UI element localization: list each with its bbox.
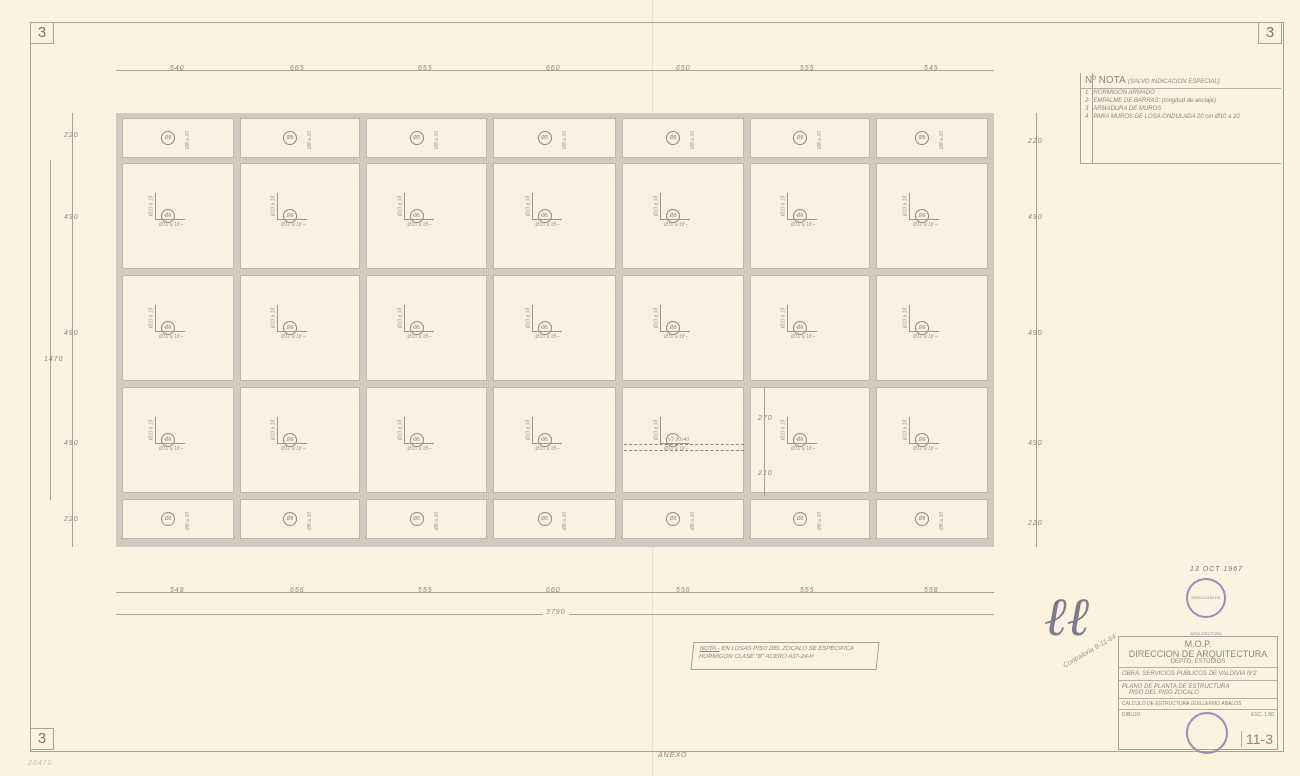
- rebar-horizontal-label: Ø10 a 18 ⌐: [664, 334, 689, 340]
- title-project: OBRA: SERVICIOS PUBLICOS DE VALDIVIA Nº2: [1119, 668, 1277, 681]
- slab-marker-icon: Ø8: [283, 512, 297, 526]
- slab-marker-icon: Ø8: [793, 209, 807, 223]
- rebar-vertical-label: Ø10 a 18: [270, 196, 276, 217]
- slab-marker-icon: Ø8: [793, 131, 807, 145]
- slab-panel: Ø8Ø10 a 18Ø10 a 18 ⌐: [622, 163, 744, 269]
- rebar-horizontal-label: Ø10 a 18 ⌐: [408, 222, 433, 228]
- rebar-vertical-line: [155, 305, 156, 331]
- top-dim-3: 655: [418, 65, 433, 72]
- rebar-vertical-line: [277, 417, 278, 443]
- rebar-vertical-label: Ø10 a 18: [148, 196, 154, 217]
- rebar-horizontal-line: [404, 331, 434, 332]
- slab-panel: Ø8Ø10 a 18Ø10 a 18 ⌐: [493, 275, 616, 381]
- rebar-vertical-label: Ø10 a 18: [780, 196, 786, 217]
- bottom-center-mark: ANEXO: [658, 752, 688, 759]
- slab-panel: Ø8Ø8 a 20: [366, 499, 487, 539]
- rebar-horizontal-label: Ø10 a 18 ⌐: [791, 222, 816, 228]
- rebar-vertical-label: Ø10 a 18: [270, 420, 276, 441]
- left-dim-4: 490: [64, 440, 79, 447]
- nota-header-title: NOTA: [1099, 75, 1125, 86]
- right-dim-1: 220: [1028, 138, 1043, 145]
- slab-marker-icon: Ø8: [283, 131, 297, 145]
- nota-row: 1 HORMIGON ARMADO: [1081, 89, 1281, 97]
- nota-row: 3 ARMADURA DE MUROS: [1081, 105, 1281, 113]
- rebar-horizontal-line: [532, 443, 562, 444]
- slab-panel: Ø8Ø8 a 20: [622, 118, 744, 158]
- bottom-left-mark: 20470: [28, 760, 52, 767]
- corner-label-top-right: 3: [1258, 22, 1282, 44]
- slab-panel: Ø8Ø10 a 18Ø10 a 18 ⌐: [240, 275, 360, 381]
- rebar-vertical-label: Ø10 a 18: [653, 308, 659, 329]
- bottom-dim-5: 556: [676, 587, 691, 594]
- right-dim-5: 220: [1028, 520, 1043, 527]
- nota-row-no: 1: [1085, 90, 1088, 96]
- rebar-vertical-line: [404, 193, 405, 219]
- nota-row-text: HORMIGON ARMADO: [1093, 90, 1154, 96]
- bottom-dim-3: 555: [418, 587, 433, 594]
- slab-panel: Ø8Ø10 a 18Ø10 a 18 ⌐: [493, 387, 616, 493]
- edge-rebar-label: Ø8 a 20: [690, 131, 696, 149]
- rebar-vertical-line: [404, 305, 405, 331]
- edge-rebar-label: Ø8 a 20: [433, 131, 439, 149]
- title-org: M.O.P.: [1119, 639, 1277, 649]
- slab-panel: Ø8Ø10 a 18Ø10 a 18 ⌐: [750, 275, 870, 381]
- slab-panel: Ø8Ø8 a 20: [240, 118, 360, 158]
- special-beam-label: V2 20x40: [668, 437, 689, 443]
- title-scale: ESC. 1:50: [1251, 712, 1274, 718]
- rebar-vertical-label: Ø10 a 18: [525, 196, 531, 217]
- nota-row: 4 PARA MUROS DE LOSA ONDULADA 20 cm Ø10 …: [1081, 113, 1281, 121]
- rebar-vertical-line: [155, 193, 156, 219]
- rebar-horizontal-line: [660, 331, 690, 332]
- rebar-horizontal-line: [277, 219, 307, 220]
- rebar-vertical-line: [277, 305, 278, 331]
- rebar-horizontal-line: [155, 443, 185, 444]
- slab-panel: Ø8Ø8 a 20: [876, 499, 988, 539]
- top-dim-4: 660: [546, 65, 561, 72]
- rebar-vertical-label: Ø10 a 18: [653, 420, 659, 441]
- edge-rebar-label: Ø8 a 20: [939, 131, 945, 149]
- slab-marker-icon: Ø8: [666, 131, 680, 145]
- bottom-dim-4: 660: [546, 587, 561, 594]
- rebar-horizontal-line: [787, 443, 817, 444]
- edge-rebar-label: Ø8 a 20: [185, 512, 191, 530]
- nota-header-no: Nº: [1085, 75, 1096, 86]
- rebar-horizontal-line: [532, 331, 562, 332]
- edge-rebar-label: Ø8 a 20: [817, 131, 823, 149]
- title-department: DIRECCION DE ARQUITECTURA: [1119, 649, 1277, 659]
- rebar-horizontal-line: [909, 331, 939, 332]
- top-dim-7: 545: [924, 65, 939, 72]
- right-dim-3: 490: [1028, 330, 1043, 337]
- rebar-horizontal-label: Ø10 a 18 ⌐: [281, 222, 306, 228]
- total-height: 1470: [44, 356, 64, 363]
- slab-panel: Ø8Ø10 a 18Ø10 a 18 ⌐: [622, 275, 744, 381]
- slab-panel: Ø8Ø10 a 18Ø10 a 18 ⌐: [493, 163, 616, 269]
- beam-dashed-line-top: [624, 444, 744, 446]
- sheet-number: 11-3: [1241, 731, 1273, 747]
- corner-label-bottom-left: 3: [30, 728, 54, 750]
- edge-rebar-label: Ø8 a 20: [185, 131, 191, 149]
- slab-marker-icon: Ø8: [793, 321, 807, 335]
- rebar-horizontal-line: [404, 219, 434, 220]
- total-width: 3790: [543, 609, 569, 616]
- slab-marker-icon: Ø8: [161, 131, 175, 145]
- slab-panel: Ø8Ø10 a 18Ø10 a 18 ⌐: [240, 387, 360, 493]
- note-box: NOTA.- EN LOSAS PISO DEL ZOCALO SE ESPEC…: [691, 642, 880, 670]
- slab-panel: Ø8Ø10 a 18Ø10 a 18 ⌐: [240, 163, 360, 269]
- rebar-vertical-label: Ø10 a 18: [902, 196, 908, 217]
- nota-table: Nº NOTA (SALVO INDICACION ESPECIAL) 1 HO…: [1080, 73, 1281, 164]
- slab-marker-icon: Ø8: [283, 209, 297, 223]
- slab-marker-icon: Ø8: [538, 209, 552, 223]
- bottom-dim-6: 555: [800, 587, 815, 594]
- rebar-horizontal-label: Ø10 a 18 ⌐: [408, 334, 433, 340]
- rebar-horizontal-line: [909, 219, 939, 220]
- rebar-vertical-line: [787, 417, 788, 443]
- slab-marker-icon: Ø8: [410, 209, 424, 223]
- slab-panel: Ø8Ø8 a 20: [750, 118, 870, 158]
- slab-marker-icon: Ø8: [161, 321, 175, 335]
- nota-row-text: PARA MUROS DE LOSA ONDULADA 20 cm Ø10 a …: [1093, 114, 1239, 120]
- round-stamp: DIRECCION DE ARQUITECTURA: [1186, 578, 1226, 618]
- title-plan: PLANO DE PLANTA DE ESTRUCTURA: [1119, 681, 1277, 690]
- date-stamp: 13 OCT 1967: [1190, 566, 1243, 573]
- slab-panel: Ø8Ø10 a 18Ø10 a 18 ⌐: [750, 163, 870, 269]
- bottom-dim-7: 558: [924, 587, 939, 594]
- top-dim-2: 665: [290, 65, 305, 72]
- rebar-horizontal-label: Ø10 a 18 ⌐: [664, 222, 689, 228]
- rebar-horizontal-line: [155, 219, 185, 220]
- rebar-horizontal-label: Ø10 a 18 ⌐: [913, 222, 938, 228]
- rebar-vertical-line: [787, 193, 788, 219]
- note-box-text: EN LOSAS PISO DEL ZOCALO SE ESPECIFICA H…: [699, 646, 854, 660]
- rebar-vertical-line: [787, 305, 788, 331]
- slab-marker-icon: Ø8: [915, 131, 929, 145]
- slab-marker-icon: Ø8: [666, 512, 680, 526]
- nota-row-text: ARMADURA DE MUROS: [1093, 106, 1161, 112]
- rebar-vertical-line: [532, 193, 533, 219]
- rebar-horizontal-label: Ø10 a 18 ⌐: [913, 446, 938, 452]
- left-dim-3: 490: [64, 330, 79, 337]
- nota-header: Nº NOTA (SALVO INDICACION ESPECIAL): [1081, 73, 1281, 89]
- rebar-horizontal-label: Ø10 a 18 ⌐: [281, 446, 306, 452]
- slab-panel: Ø8Ø10 a 18Ø10 a 18 ⌐: [750, 387, 870, 493]
- nota-row-no: 4: [1085, 114, 1088, 120]
- slab-panel: Ø8Ø8 a 20: [622, 499, 744, 539]
- edge-rebar-label: Ø8 a 20: [939, 512, 945, 530]
- rebar-vertical-line: [660, 305, 661, 331]
- slab-marker-icon: Ø8: [538, 131, 552, 145]
- edge-rebar-label: Ø8 a 20: [690, 512, 696, 530]
- slab-marker-icon: Ø8: [283, 321, 297, 335]
- title-round-stamp: [1186, 712, 1228, 754]
- right-dim-2: 490: [1028, 214, 1043, 221]
- slab-marker-icon: Ø8: [793, 512, 807, 526]
- rebar-vertical-line: [277, 193, 278, 219]
- structural-grid: Ø8Ø8 a 20Ø8Ø8 a 20Ø8Ø8 a 20Ø8Ø8 a 20Ø8Ø8…: [116, 113, 994, 547]
- rebar-vertical-label: Ø10 a 18: [780, 420, 786, 441]
- slab-panel: Ø8Ø10 a 18Ø10 a 18 ⌐: [122, 387, 234, 493]
- slab-marker-icon: Ø8: [538, 433, 552, 447]
- rebar-horizontal-label: Ø10 a 18 ⌐: [536, 222, 561, 228]
- nota-row: 2 EMPALME DE BARRAS: (longitud de anclaj…: [1081, 97, 1281, 105]
- rebar-vertical-line: [909, 417, 910, 443]
- rebar-horizontal-line: [404, 443, 434, 444]
- slab-marker-icon: Ø8: [410, 131, 424, 145]
- rebar-vertical-label: Ø10 a 18: [397, 308, 403, 329]
- title-dibujo-label: DIBUJO: [1122, 712, 1140, 718]
- rebar-vertical-label: Ø10 a 18: [397, 420, 403, 441]
- nota-row-no: 2: [1085, 98, 1088, 104]
- rebar-horizontal-line: [532, 219, 562, 220]
- title-calculo-name: GUILLERMO ABALOS: [1191, 701, 1242, 707]
- rebar-vertical-label: Ø10 a 18: [270, 308, 276, 329]
- rebar-vertical-line: [532, 305, 533, 331]
- slab-panel: Ø8Ø10 a 18Ø10 a 18 ⌐: [366, 275, 487, 381]
- rebar-vertical-label: Ø10 a 18: [902, 420, 908, 441]
- bottom-dim-1: 548: [170, 587, 185, 594]
- rebar-vertical-label: Ø10 a 18: [148, 420, 154, 441]
- rebar-horizontal-line: [277, 443, 307, 444]
- slab-panel: Ø8Ø10 a 18Ø10 a 18 ⌐: [876, 387, 988, 493]
- drawing-sheet: 3 3 3 20470 ANEXO 540 665 655 660 650 55…: [0, 0, 1300, 776]
- slab-marker-icon: Ø8: [283, 433, 297, 447]
- rebar-horizontal-label: Ø10 a 18 ⌐: [281, 334, 306, 340]
- slab-panel: Ø8Ø10 a 18Ø10 a 18 ⌐: [876, 275, 988, 381]
- rebar-horizontal-label: Ø10 a 18 ⌐: [408, 446, 433, 452]
- rebar-horizontal-line: [155, 331, 185, 332]
- total-height-line: [50, 160, 51, 500]
- slab-panel: Ø8Ø8 a 20: [493, 499, 616, 539]
- title-section: DEPTO. ESTUDIOS: [1119, 659, 1277, 668]
- left-dim-5: 220: [64, 516, 79, 523]
- slab-marker-icon: Ø8: [915, 433, 929, 447]
- rebar-horizontal-label: Ø10 a 18 ⌐: [791, 446, 816, 452]
- slab-panel: Ø8Ø10 a 18Ø10 a 18 ⌐: [122, 163, 234, 269]
- nota-header-subtitle: (SALVO INDICACION ESPECIAL): [1128, 79, 1220, 85]
- title-calculo-label: CALCULO DE ESTRUCTURA: [1122, 701, 1189, 707]
- rebar-vertical-line: [660, 193, 661, 219]
- left-dim-2: 490: [64, 214, 79, 221]
- slab-marker-icon: Ø8: [538, 512, 552, 526]
- edge-rebar-label: Ø8 a 20: [561, 131, 567, 149]
- special-dim-lower: 210: [758, 470, 773, 477]
- rebar-vertical-label: Ø10 a 18: [902, 308, 908, 329]
- rebar-vertical-line: [155, 417, 156, 443]
- top-dim-6: 555: [800, 65, 815, 72]
- edge-rebar-label: Ø8 a 20: [307, 512, 313, 530]
- right-dim-4: 490: [1028, 440, 1043, 447]
- rebar-vertical-line: [909, 305, 910, 331]
- rebar-vertical-line: [532, 417, 533, 443]
- nota-row-text: EMPALME DE BARRAS: (longitud de anclaje): [1093, 98, 1216, 104]
- rebar-horizontal-line: [787, 219, 817, 220]
- rebar-vertical-label: Ø10 a 18: [148, 308, 154, 329]
- rebar-vertical-label: Ø10 a 18: [780, 308, 786, 329]
- rebar-horizontal-label: Ø10 a 18 ⌐: [536, 446, 561, 452]
- slab-marker-icon: Ø8: [538, 321, 552, 335]
- rebar-horizontal-label: Ø10 a 18 ⌐: [159, 222, 184, 228]
- rebar-vertical-line: [404, 417, 405, 443]
- special-dimension-line: [764, 388, 765, 496]
- rebar-horizontal-line: [277, 331, 307, 332]
- slab-marker-icon: Ø8: [915, 209, 929, 223]
- slab-marker-icon: Ø8: [161, 433, 175, 447]
- slab-marker-icon: Ø8: [410, 433, 424, 447]
- slab-marker-icon: Ø8: [793, 433, 807, 447]
- slab-panel: Ø8Ø10 a 18Ø10 a 18 ⌐: [366, 163, 487, 269]
- edge-rebar-label: Ø8 a 20: [307, 131, 313, 149]
- rebar-horizontal-label: Ø10 a 18 ⌐: [159, 446, 184, 452]
- rebar-vertical-label: Ø10 a 18: [397, 196, 403, 217]
- slab-marker-icon: Ø8: [410, 321, 424, 335]
- slab-marker-icon: Ø8: [161, 209, 175, 223]
- rebar-horizontal-line: [660, 219, 690, 220]
- slab-marker-icon: Ø8: [410, 512, 424, 526]
- note-box-label: NOTA.-: [699, 646, 720, 652]
- corner-label-top-left: 3: [30, 22, 54, 44]
- rebar-horizontal-label: Ø10 a 18 ⌐: [791, 334, 816, 340]
- slab-panel: Ø8Ø8 a 20: [493, 118, 616, 158]
- rebar-horizontal-label: Ø10 a 18 ⌐: [536, 334, 561, 340]
- rebar-horizontal-label: Ø10 a 18 ⌐: [159, 334, 184, 340]
- rebar-vertical-line: [660, 417, 661, 443]
- slab-panel: Ø8Ø10 a 18Ø10 a 18 ⌐: [876, 163, 988, 269]
- special-dim-upper: 270: [758, 415, 773, 422]
- rebar-horizontal-line: [787, 331, 817, 332]
- edge-rebar-label: Ø8 a 20: [561, 512, 567, 530]
- rebar-horizontal-line: [909, 443, 939, 444]
- signature: ℓℓ: [1044, 585, 1089, 648]
- rebar-vertical-label: Ø10 a 18: [525, 420, 531, 441]
- left-dim-1: 220: [64, 132, 79, 139]
- slab-panel: Ø8Ø8 a 20: [876, 118, 988, 158]
- slab-marker-icon: Ø8: [161, 512, 175, 526]
- title-plan-sub: PISO DEL PISO ZOCALO: [1119, 690, 1277, 699]
- slab-marker-icon: Ø8: [915, 512, 929, 526]
- beam-dashed-line-bottom: [624, 450, 744, 452]
- rebar-horizontal-label: Ø10 a 18 ⌐: [913, 334, 938, 340]
- rebar-vertical-label: Ø10 a 18: [653, 196, 659, 217]
- slab-marker-icon: Ø8: [666, 321, 680, 335]
- slab-panel: Ø8Ø8 a 20: [240, 499, 360, 539]
- rebar-vertical-line: [909, 193, 910, 219]
- slab-panel: Ø8Ø8 a 20: [122, 499, 234, 539]
- slab-marker-icon: Ø8: [915, 321, 929, 335]
- slab-marker-icon: Ø8: [666, 209, 680, 223]
- rebar-vertical-label: Ø10 a 18: [525, 308, 531, 329]
- slab-panel: Ø8Ø8 a 20: [366, 118, 487, 158]
- edge-rebar-label: Ø8 a 20: [817, 512, 823, 530]
- bottom-dim-2: 656: [290, 587, 305, 594]
- nota-column-divider: [1092, 73, 1093, 163]
- slab-panel: Ø8Ø8 a 20: [750, 499, 870, 539]
- top-dim-5: 650: [676, 65, 691, 72]
- slab-panel: Ø8Ø10 a 18Ø10 a 18 ⌐: [366, 387, 487, 493]
- edge-rebar-label: Ø8 a 20: [433, 512, 439, 530]
- nota-row-no: 3: [1085, 106, 1088, 112]
- slab-panel: Ø8Ø8 a 20: [122, 118, 234, 158]
- slab-panel: Ø8Ø10 a 18Ø10 a 18 ⌐: [122, 275, 234, 381]
- top-dim-1: 540: [170, 65, 185, 72]
